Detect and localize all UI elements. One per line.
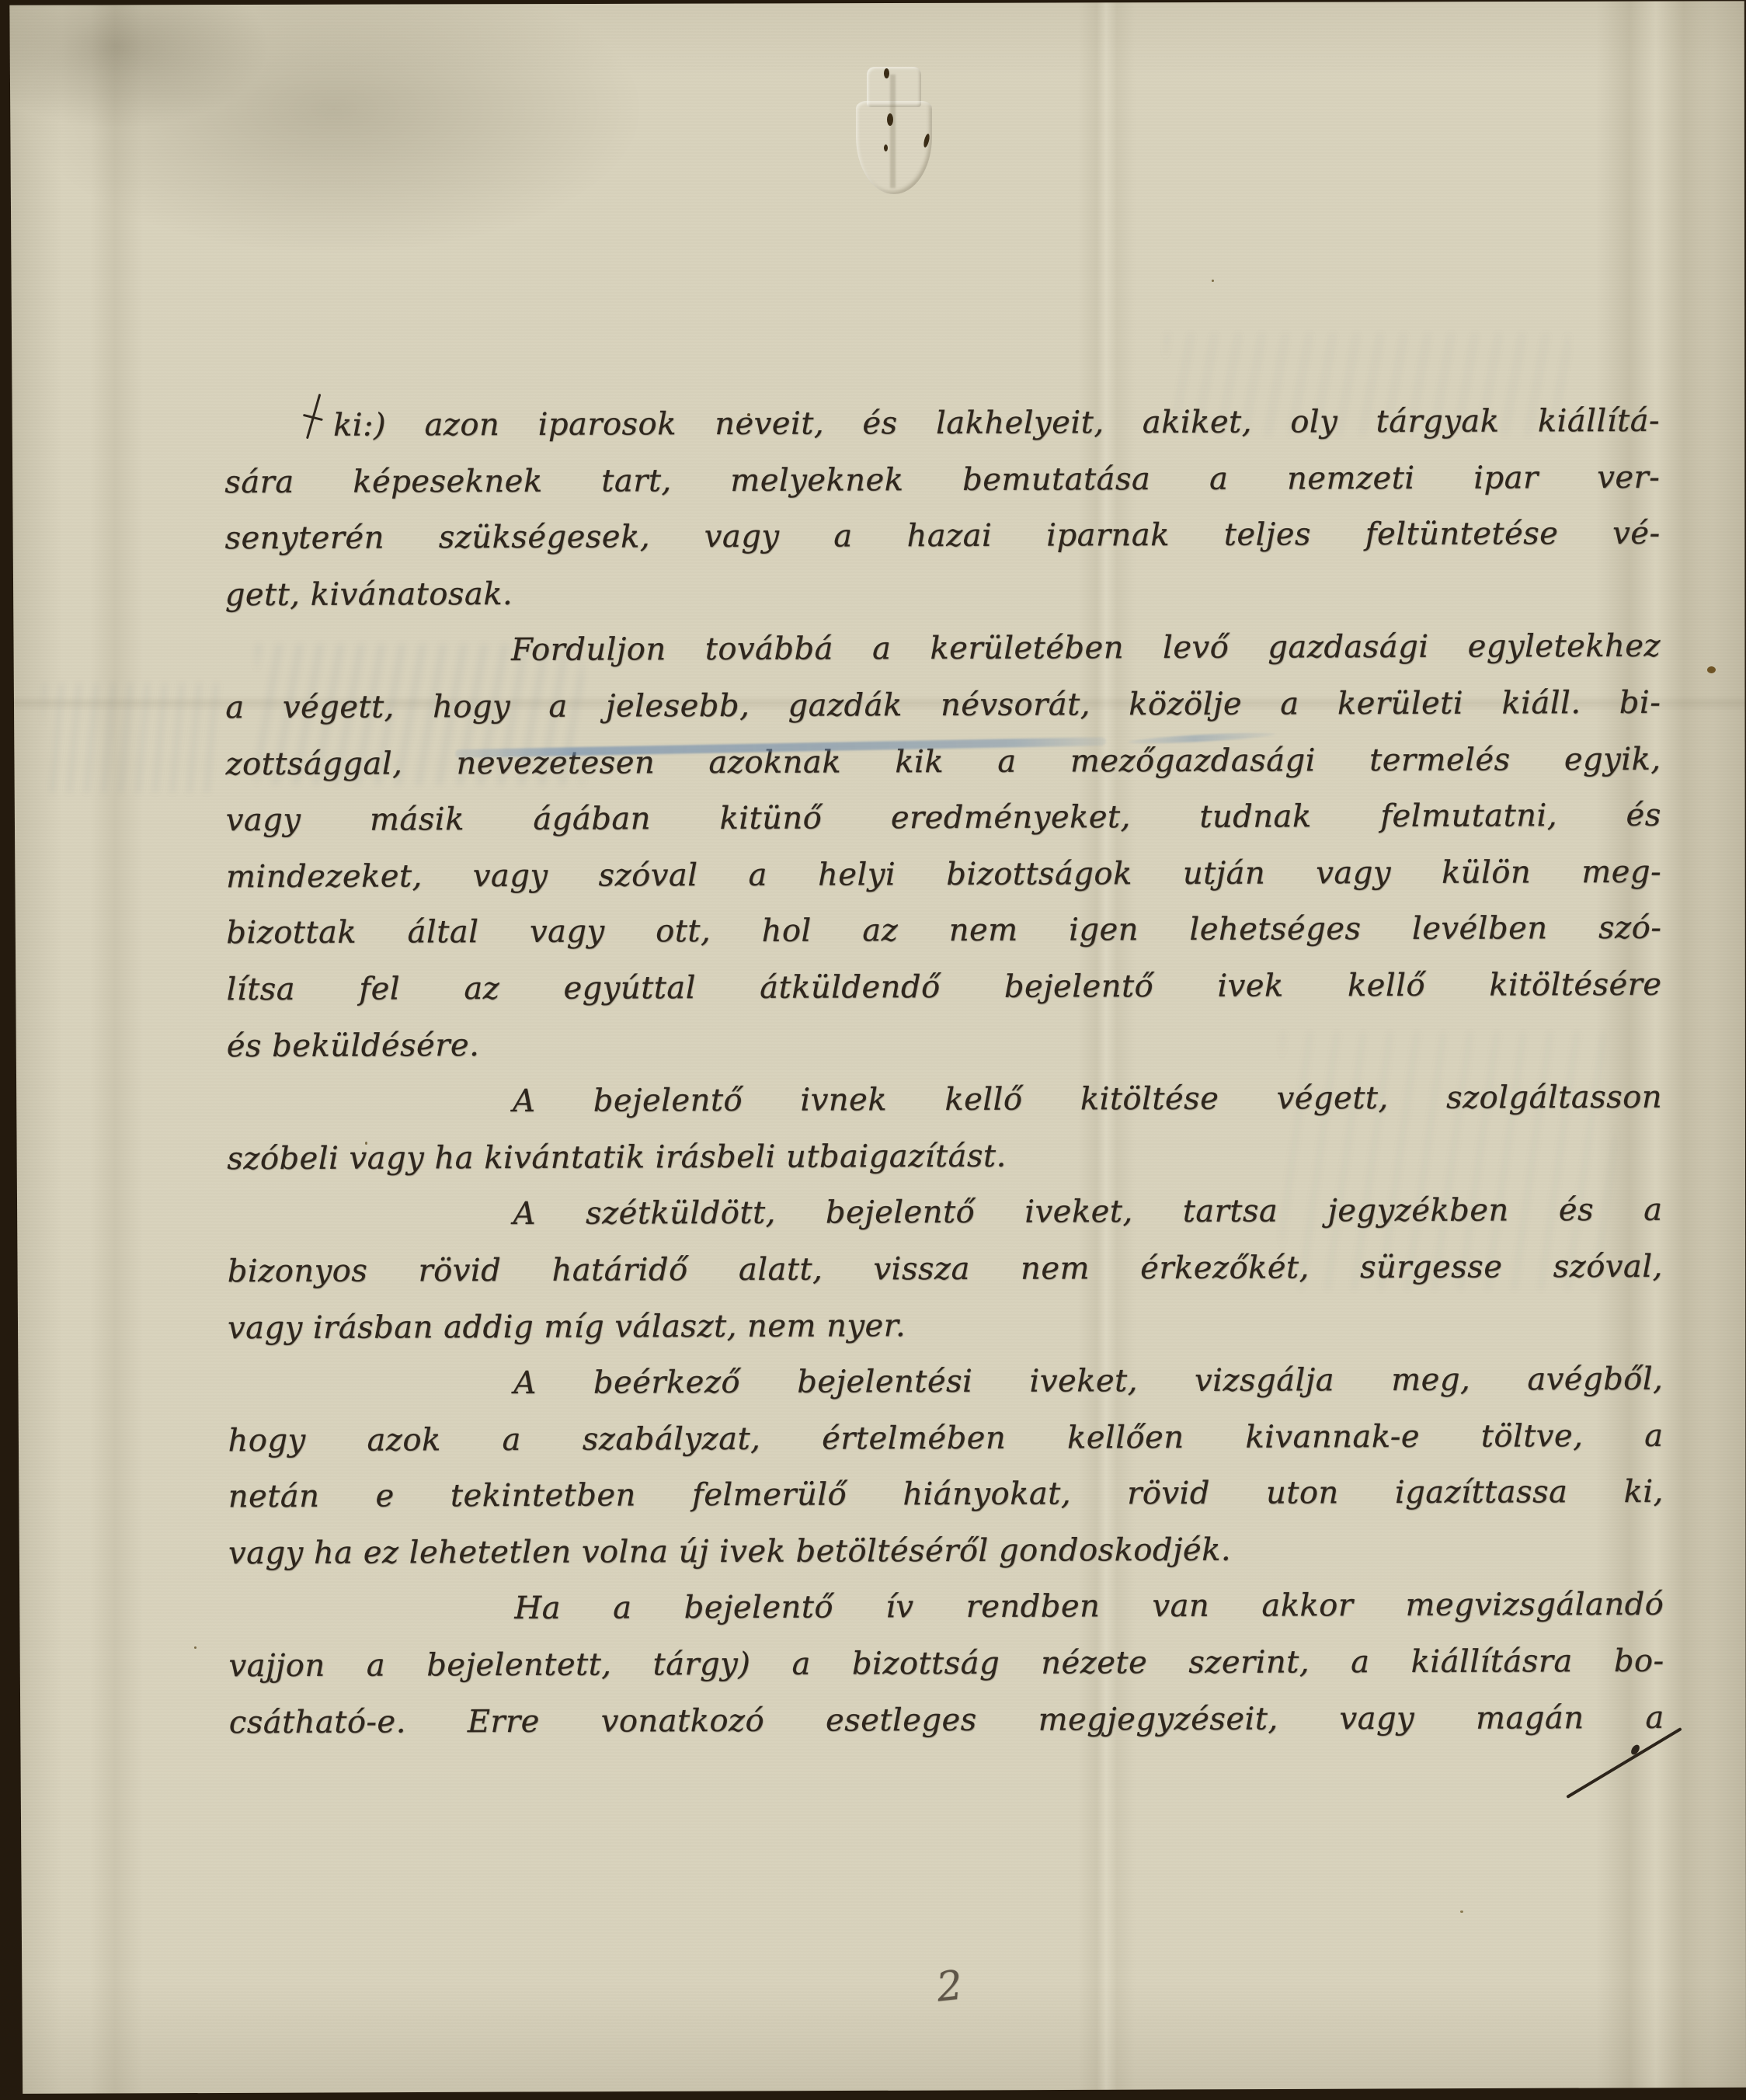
manuscript-line: és beküldésére. bbox=[227, 1023, 1662, 1084]
manuscript-line: gett, kivánatosak. bbox=[225, 572, 1661, 634]
ink-speck bbox=[887, 113, 893, 126]
manuscript-line: A szétküldött, bejelentő iveket, tartsa … bbox=[228, 1192, 1663, 1253]
paper-speck bbox=[1460, 1911, 1463, 1913]
manuscript-line: zottsággal, nevezetesen azoknak kik a me… bbox=[225, 741, 1661, 802]
manuscript-line: bizonyos rövid határidő alatt, vissza ne… bbox=[228, 1249, 1663, 1310]
manuscript-line: A beérkező bejelentési iveket, vizsgálja… bbox=[228, 1361, 1663, 1423]
manuscript-line: sára képeseknek tart, melyeknek bemutatá… bbox=[224, 459, 1660, 520]
paper-speck bbox=[194, 1646, 197, 1649]
manuscript-text: ki:) azon iparosok neveit, és lakhelyeit… bbox=[224, 403, 1664, 1761]
manuscript-line-underlined: a végett, hogy a jelesebb, gazdák névsor… bbox=[225, 685, 1661, 746]
paper-speck bbox=[747, 413, 750, 416]
manuscript-line: A bejelentő ivnek kellő kitöltése végett… bbox=[227, 1080, 1662, 1141]
manuscript-line: mindezeket, vagy szóval a helyi bizottsá… bbox=[226, 854, 1661, 916]
ink-speck bbox=[884, 144, 888, 151]
manuscript-line: csátható-e. Erre vonatkozó esetleges meg… bbox=[229, 1699, 1664, 1761]
paper-speck bbox=[1707, 666, 1716, 673]
manuscript-line: vajjon a bejelentett, tárgy) a bizottság… bbox=[229, 1643, 1664, 1705]
scanned-document-view: ki:) azon iparosok neveit, és lakhelyeit… bbox=[0, 0, 1746, 2100]
bleed-through-ghost bbox=[43, 683, 221, 792]
manuscript-line: hogy azok a szabályzat, értelmében kellő… bbox=[228, 1417, 1664, 1479]
continuation-mark-icon bbox=[1557, 1724, 1689, 1806]
manuscript-line: senyterén szükségesek, vagy a hazai ipar… bbox=[224, 516, 1660, 577]
paper-sheet: ki:) azon iparosok neveit, és lakhelyeit… bbox=[0, 0, 1746, 2100]
manuscript-line: szóbeli vagy ha kivántatik irásbeli utba… bbox=[227, 1135, 1662, 1197]
paper-speck bbox=[1212, 280, 1214, 282]
manuscript-line: vagy másik ágában kitünő eredményeket, t… bbox=[226, 798, 1661, 859]
manuscript-line: bizottak által vagy ott, hol az nem igen… bbox=[226, 910, 1661, 972]
ink-speck bbox=[884, 68, 889, 78]
embossed-seal-icon bbox=[853, 67, 935, 194]
manuscript-line: Forduljon továbbá a kerületében levő gaz… bbox=[225, 628, 1661, 690]
manuscript-line: vagy ha ez lehetetlen volna új ivek betö… bbox=[228, 1531, 1664, 1592]
manuscript-line: lítsa fel az egyúttal átküldendő bejelen… bbox=[226, 967, 1661, 1028]
manuscript-line: Ha a bejelentő ív rendben van akkor megv… bbox=[228, 1587, 1664, 1648]
continuation-mark-stroke bbox=[1566, 1727, 1682, 1799]
manuscript-line: vagy irásban addig míg választ, nem nyer… bbox=[228, 1305, 1663, 1366]
seal-fold-shadow bbox=[890, 75, 896, 188]
paper-speck bbox=[365, 1142, 367, 1145]
manuscript-line: netán e tekintetben felmerülő hiányokat,… bbox=[228, 1474, 1664, 1535]
manuscript-line: ki:) azon iparosok neveit, és lakhelyeit… bbox=[224, 403, 1660, 464]
pencil-page-number: 2 bbox=[934, 1962, 965, 2011]
